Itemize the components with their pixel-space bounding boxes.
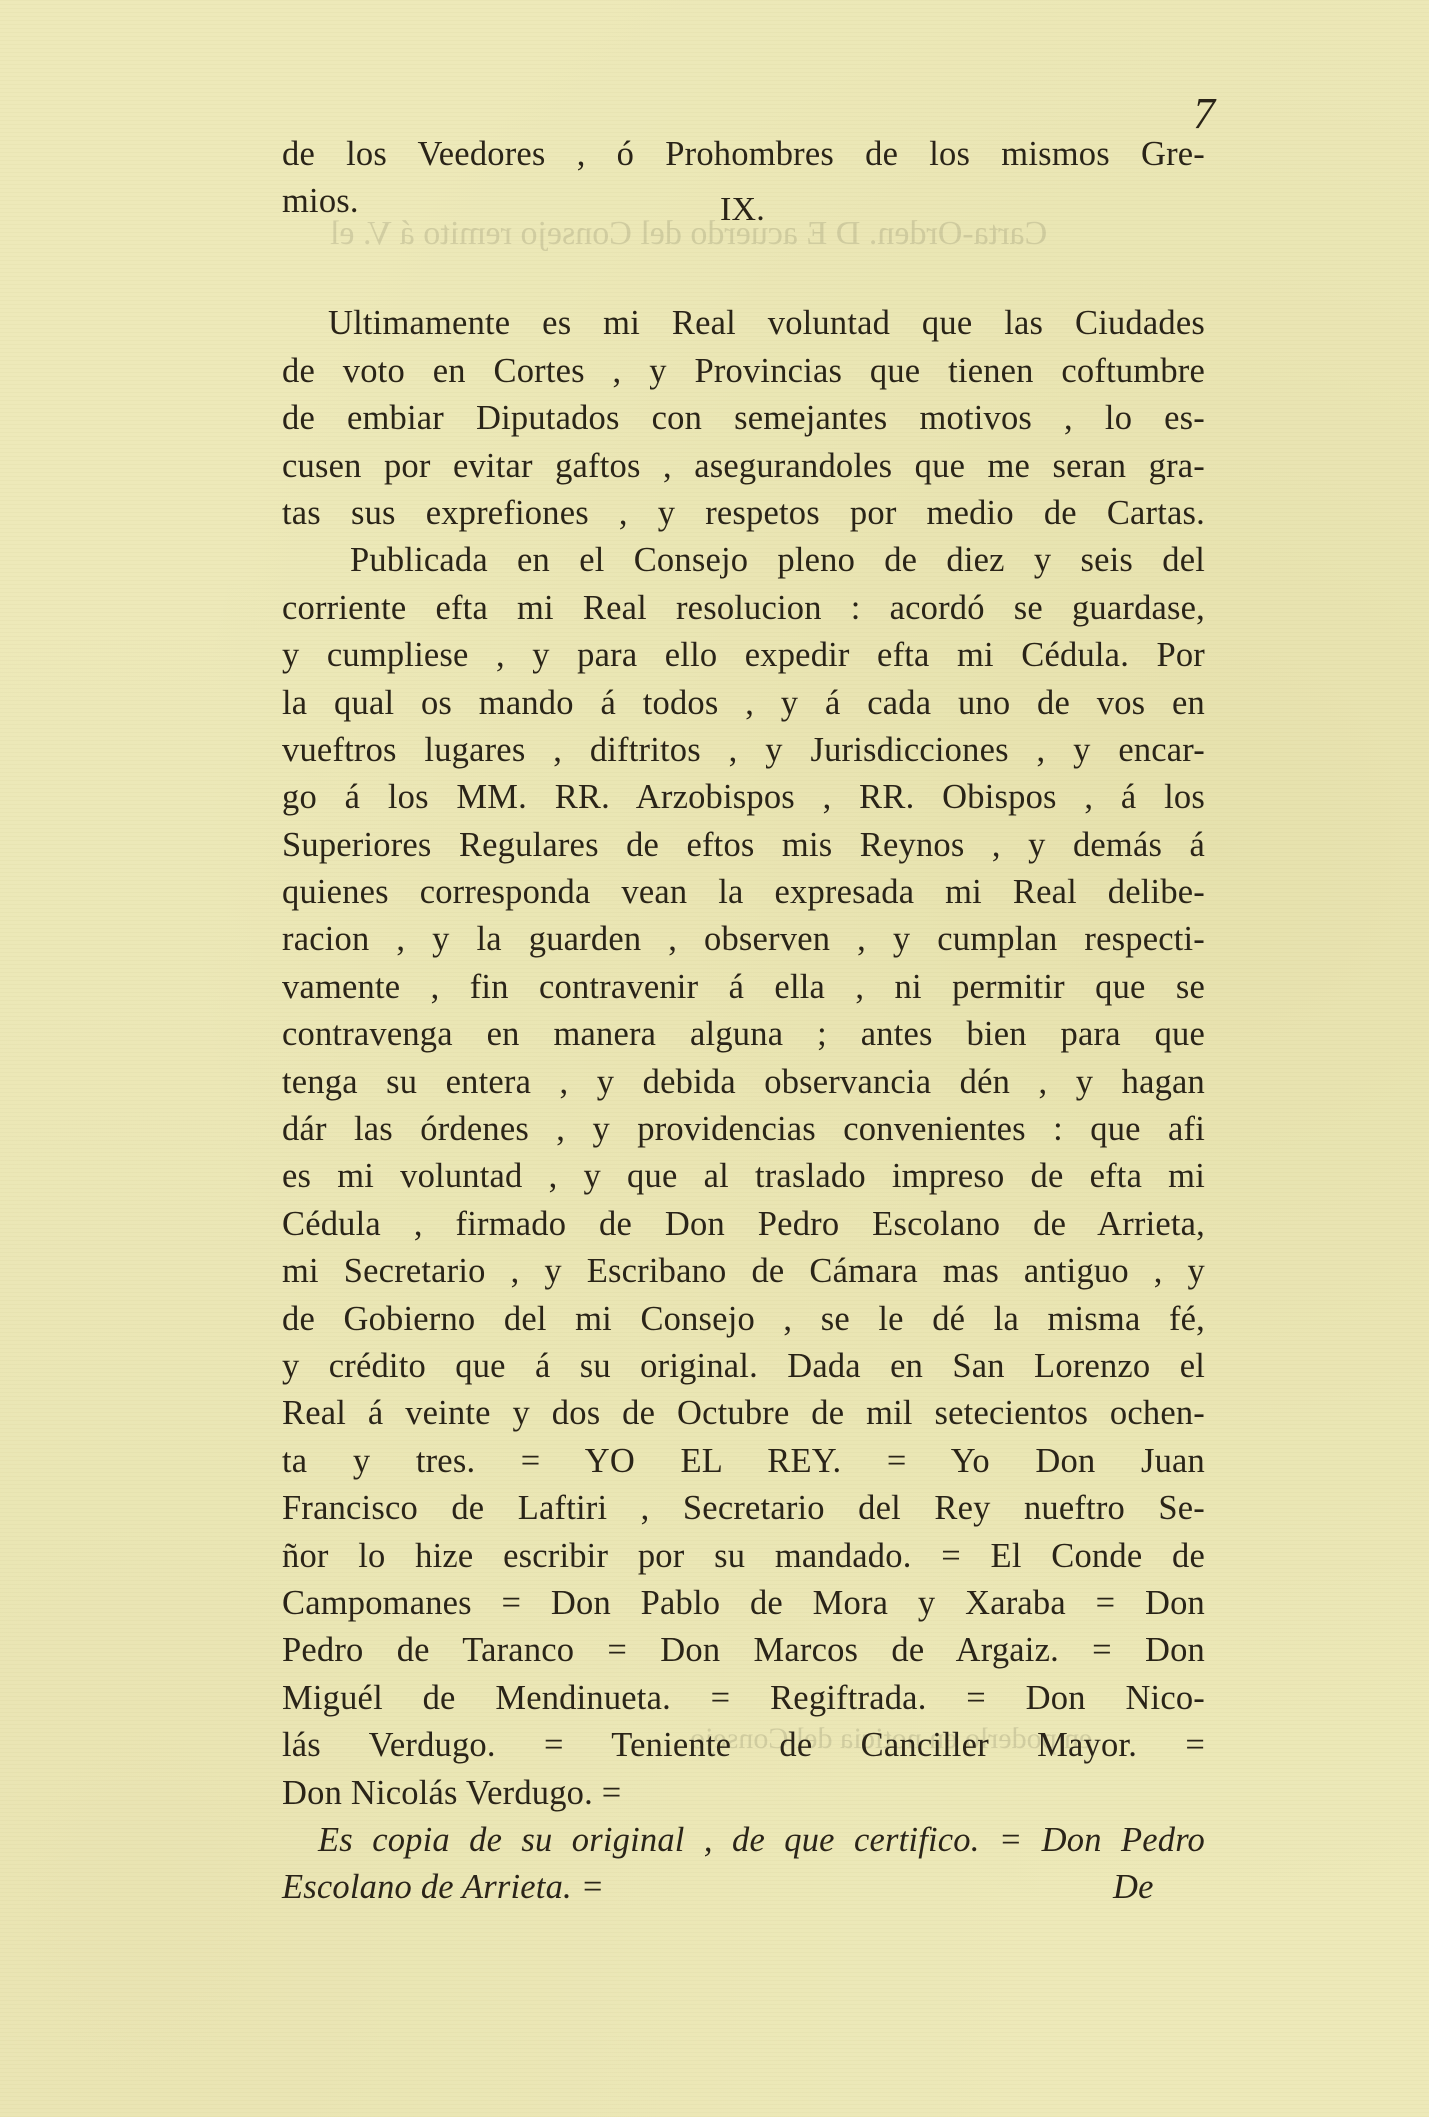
spacer xyxy=(282,225,1205,300)
text-line: Campomanes = Don Pablo de Mora y Xaraba … xyxy=(282,1580,1205,1627)
page-number: 7 xyxy=(1193,92,1215,136)
paragraph-2: Publicada en el Consejo pleno de diez y … xyxy=(282,537,1205,1817)
paragraph-1: Ultimamente es mi Real voluntad que las … xyxy=(282,300,1205,537)
text-line: cusen por evitar gaftos , asegurandoles … xyxy=(282,443,1205,490)
text-line: tas sus exprefiones , y respetos por med… xyxy=(282,490,1205,537)
text-line: ñor lo hize escribir por su mandado. = E… xyxy=(282,1533,1205,1580)
section-heading: IX. xyxy=(282,178,1205,225)
text-line: de embiar Diputados con semejantes motiv… xyxy=(282,395,1205,442)
text-line: go á los MM. RR. Arzobispos , RR. Obispo… xyxy=(282,774,1205,821)
text-line: racion , y la guarden , observen , y cum… xyxy=(282,916,1205,963)
text-line: Miguél de Mendinueta. = Regiftrada. = Do… xyxy=(282,1675,1205,1722)
text-line: la qual os mando á todos , y á cada uno … xyxy=(282,680,1205,727)
text-line: Publicada en el Consejo pleno de diez y … xyxy=(282,537,1205,584)
text-line: Ultimamente es mi Real voluntad que las … xyxy=(282,300,1205,347)
text-line: Cédula , firmado de Don Pedro Escolano d… xyxy=(282,1201,1205,1248)
text-line: mi Secretario , y Escribano de Cámara ma… xyxy=(282,1248,1205,1295)
catchword: De xyxy=(1113,1864,1154,1911)
text-line: ta y tres. = YO EL REY. = Yo Don Juan xyxy=(282,1438,1205,1485)
certification: Es copia de su original , de que certifi… xyxy=(282,1817,1205,1912)
text-line: de voto en Cortes , y Provincias que tie… xyxy=(282,348,1205,395)
text-line: quienes corresponda vean la expresada mi… xyxy=(282,869,1205,916)
text-line: vueftros lugares , diftritos , y Jurisdi… xyxy=(282,727,1205,774)
text-line: contravenga en manera alguna ; antes bie… xyxy=(282,1011,1205,1058)
text-line: vamente , fin contravenir á ella , ni pe… xyxy=(282,964,1205,1011)
text-line: dár las órdenes , y providencias conveni… xyxy=(282,1106,1205,1153)
page-body: de los Veedores , ó Prohombres de los mi… xyxy=(282,131,1205,1912)
text-line: de Gobierno del mi Consejo , se le dé la… xyxy=(282,1296,1205,1343)
text-line: y cumpliese , y para ello expedir efta m… xyxy=(282,632,1205,679)
text-line: y crédito que á su original. Dada en San… xyxy=(282,1343,1205,1390)
text-line-with-catchword: Escolano de Arrieta. = De xyxy=(282,1864,1205,1911)
text-line: lás Verdugo. = Teniente de Canciller May… xyxy=(282,1722,1205,1769)
section-number: IX. xyxy=(720,186,765,233)
text-line: corriente efta mi Real resolucion : acor… xyxy=(282,585,1205,632)
text-line: tenga su entera , y debida observancia d… xyxy=(282,1059,1205,1106)
text-line: Escolano de Arrieta. = xyxy=(282,1868,604,1906)
text-line: Es copia de su original , de que certifi… xyxy=(282,1817,1205,1864)
text-line: Real á veinte y dos de Octubre de mil se… xyxy=(282,1390,1205,1437)
text-line: Don Nicolás Verdugo. = xyxy=(282,1770,1205,1817)
text-line: es mi voluntad , y que al traslado impre… xyxy=(282,1153,1205,1200)
text-line: Francisco de Laftiri , Secretario del Re… xyxy=(282,1485,1205,1532)
text-line: Superiores Regulares de eftos mis Reynos… xyxy=(282,822,1205,869)
text-line: Pedro de Taranco = Don Marcos de Argaiz.… xyxy=(282,1627,1205,1674)
text-line: de los Veedores , ó Prohombres de los mi… xyxy=(282,131,1205,178)
